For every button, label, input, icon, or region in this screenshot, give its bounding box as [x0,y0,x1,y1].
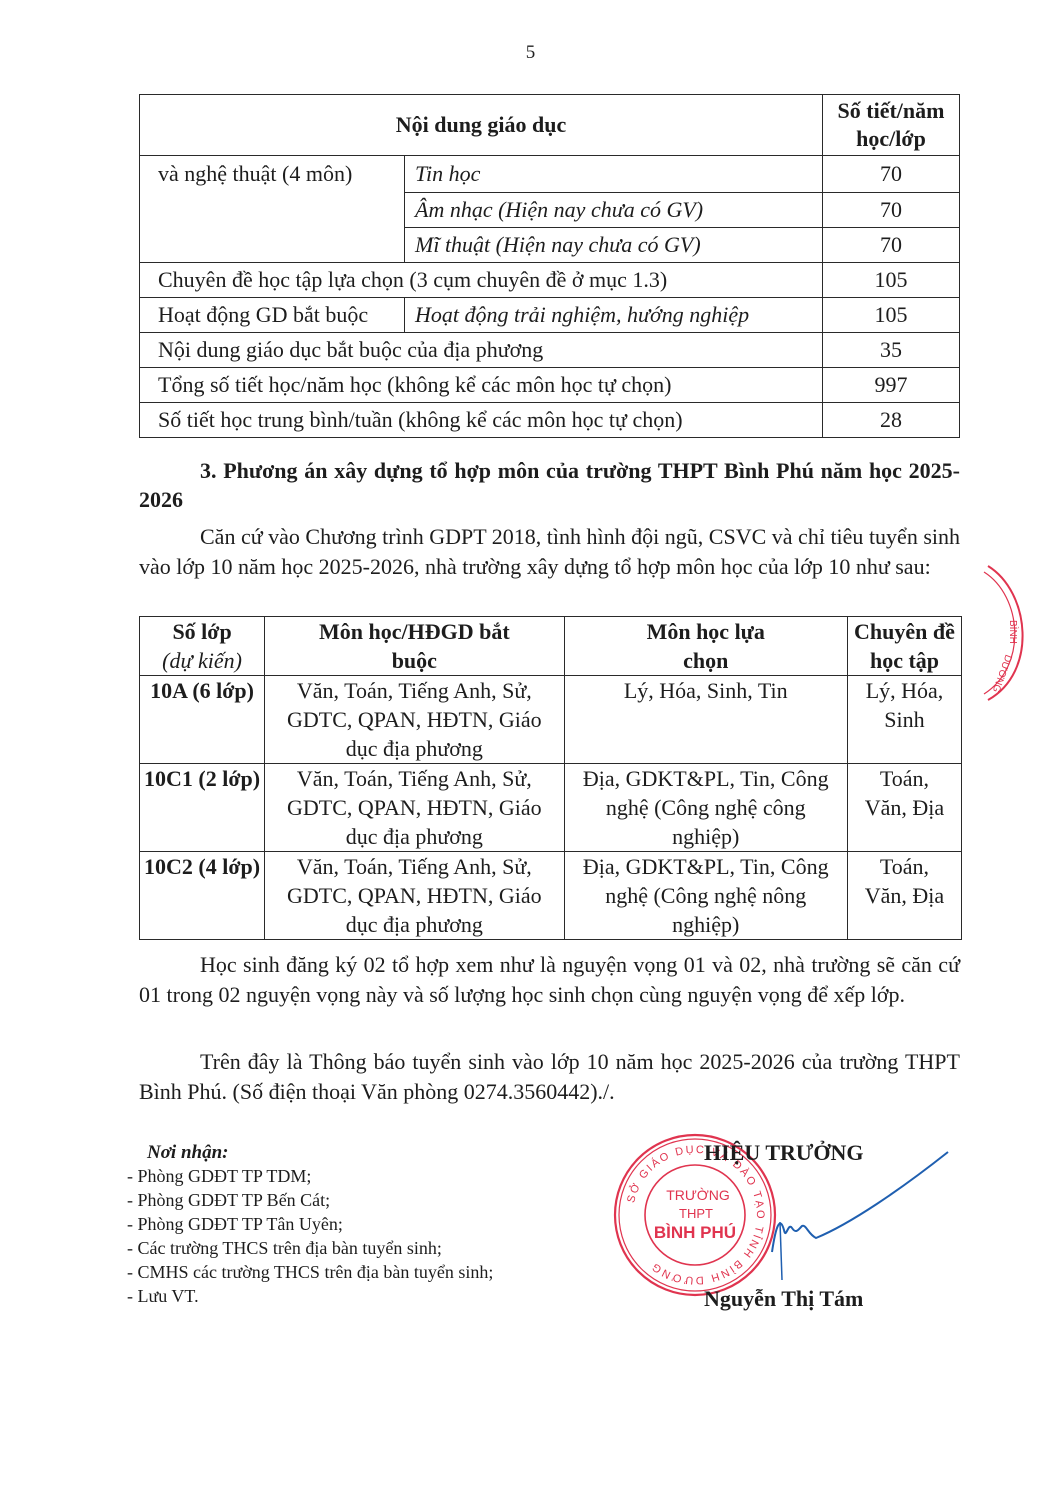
recipient-item: - Phòng GDĐT TP Bến Cát; [127,1188,493,1212]
section-heading: 3. Phương án xây dựng tổ hợp môn của trư… [139,456,960,514]
table-row: và nghệ thuật (4 môn) Tin học 70 [140,156,960,193]
table-row: Chuyên đề học tập lựa chọn (3 cụm chuyên… [140,262,960,297]
intro-text: Căn cứ vào Chương trình GDPT 2018, tình … [139,524,960,579]
signature-block: HIỆU TRƯỞNG SỞ GIÁO DỤC VÀ ĐÀO TẠO TỈNH … [620,1130,960,1330]
subject-cell: Âm nhạc (Hiện nay chưa có GV) [405,192,823,227]
required-cell: Văn, Toán, Tiếng Anh, Sử, GDTC, QPAN, HĐ… [265,852,564,940]
elective-cell: Địa, GDKT&PL, Tin, Công nghệ (Công nghệ … [564,764,847,852]
registration-paragraph: Học sinh đăng ký 02 tổ hợp xem như là ng… [139,950,960,1010]
elective-cell: Địa, GDKT&PL, Tin, Công nghệ (Công nghệ … [564,852,847,940]
table-row: 10C2 (4 lớp) Văn, Toán, Tiếng Anh, Sử, G… [140,852,962,940]
empty-cell [140,192,405,227]
activities-label: Hoạt động GD bắt buộc [140,297,405,332]
table-row: Âm nhạc (Hiện nay chưa có GV) 70 [140,192,960,227]
table-header-row: Nội dung giáo dục Số tiết/năm học/lớp [140,95,960,156]
table-row: Mĩ thuật (Hiện nay chưa có GV) 70 [140,227,960,262]
recipient-item: - CMHS các trường THCS trên địa bàn tuyể… [127,1260,493,1284]
page-number: 5 [0,42,1061,64]
periods-cell: 35 [823,332,960,367]
table-row: Hoạt động GD bắt buộc Hoạt động trải ngh… [140,297,960,332]
section-heading-text: 3. Phương án xây dựng tổ hợp môn của trư… [139,458,960,512]
empty-cell [140,227,405,262]
subject-combination-table: Số lớp (dự kiến) Môn học/HĐGD bắt buộc M… [139,616,962,940]
class-cell: 10A (6 lớp) [140,676,265,764]
header-required: Môn học/HĐGD bắt buộc [265,617,564,676]
avg-week-label: Số tiết học trung bình/tuần (không kể cá… [140,402,823,437]
activities-subject: Hoạt động trải nghiệm, hướng nghiệp [405,297,823,332]
header-content: Nội dung giáo dục [140,95,823,156]
closing-text: Trên đây là Thông báo tuyển sinh vào lớp… [139,1049,960,1104]
required-cell: Văn, Toán, Tiếng Anh, Sử, GDTC, QPAN, HĐ… [265,764,564,852]
topics-label: Chuyên đề học tập lựa chọn (3 cụm chuyên… [140,262,823,297]
header-topics: Chuyên đề học tập [847,617,961,676]
table-row: Số tiết học trung bình/tuần (không kể cá… [140,402,960,437]
periods-cell: 997 [823,367,960,402]
table-row: 10C1 (2 lớp) Văn, Toán, Tiếng Anh, Sử, G… [140,764,962,852]
periods-cell: 70 [823,192,960,227]
recipient-item: - Các trường THCS trên địa bàn tuyển sin… [127,1236,493,1260]
signature-stroke-icon [620,1130,960,1330]
subject-cell: Tin học [405,156,823,193]
periods-cell: 70 [823,227,960,262]
class-cell: 10C1 (2 lớp) [140,764,265,852]
topics-cell: Toán, Văn, Địa [847,764,961,852]
required-cell: Văn, Toán, Tiếng Anh, Sử, GDTC, QPAN, HĐ… [265,676,564,764]
periods-cell: 105 [823,262,960,297]
header-elective: Môn học lựa chọn [564,617,847,676]
topics-cell: Lý, Hóa, Sinh [847,676,961,764]
subject-cell: Mĩ thuật (Hiện nay chưa có GV) [405,227,823,262]
recipient-item: - Lưu VT. [127,1284,493,1308]
svg-text:DƯƠNG: DƯƠNG [990,653,1014,694]
recipients-block: Nơi nhận: - Phòng GDĐT TP TDM; - Phòng G… [127,1142,493,1308]
recipient-item: - Phòng GDĐT TP TDM; [127,1164,493,1188]
table-header-row: Số lớp (dự kiến) Môn học/HĐGD bắt buộc M… [140,617,962,676]
local-label: Nội dung giáo dục bắt buộc của địa phươn… [140,332,823,367]
table-row: Nội dung giáo dục bắt buộc của địa phươn… [140,332,960,367]
header-class-line2: (dự kiến) [144,646,260,675]
header-class: Số lớp (dự kiến) [140,617,265,676]
topics-cell: Toán, Văn, Địa [847,852,961,940]
curriculum-periods-table: Nội dung giáo dục Số tiết/năm học/lớp và… [139,94,960,438]
arts-group-label: và nghệ thuật (4 môn) [140,156,405,193]
table-row: 10A (6 lớp) Văn, Toán, Tiếng Anh, Sử, GD… [140,676,962,764]
periods-cell: 105 [823,297,960,332]
recipients-title: Nơi nhận: [147,1142,493,1164]
elective-cell: Lý, Hóa, Sinh, Tin [564,676,847,764]
class-cell: 10C2 (4 lớp) [140,852,265,940]
periods-cell: 70 [823,156,960,193]
periods-cell: 28 [823,402,960,437]
header-class-line1: Số lớp [144,617,260,646]
registration-text: Học sinh đăng ký 02 tổ hợp xem như là ng… [139,952,960,1007]
svg-text:BÌNH: BÌNH [1007,620,1020,644]
table-row: Tổng số tiết học/năm học (không kể các m… [140,367,960,402]
side-stamp-icon: BÌNH DƯƠNG [980,562,1040,702]
total-year-label: Tổng số tiết học/năm học (không kể các m… [140,367,823,402]
header-periods: Số tiết/năm học/lớp [823,95,960,156]
recipient-item: - Phòng GDĐT TP Tân Uyên; [127,1212,493,1236]
closing-paragraph: Trên đây là Thông báo tuyển sinh vào lớp… [139,1047,960,1107]
intro-paragraph: Căn cứ vào Chương trình GDPT 2018, tình … [139,522,960,582]
